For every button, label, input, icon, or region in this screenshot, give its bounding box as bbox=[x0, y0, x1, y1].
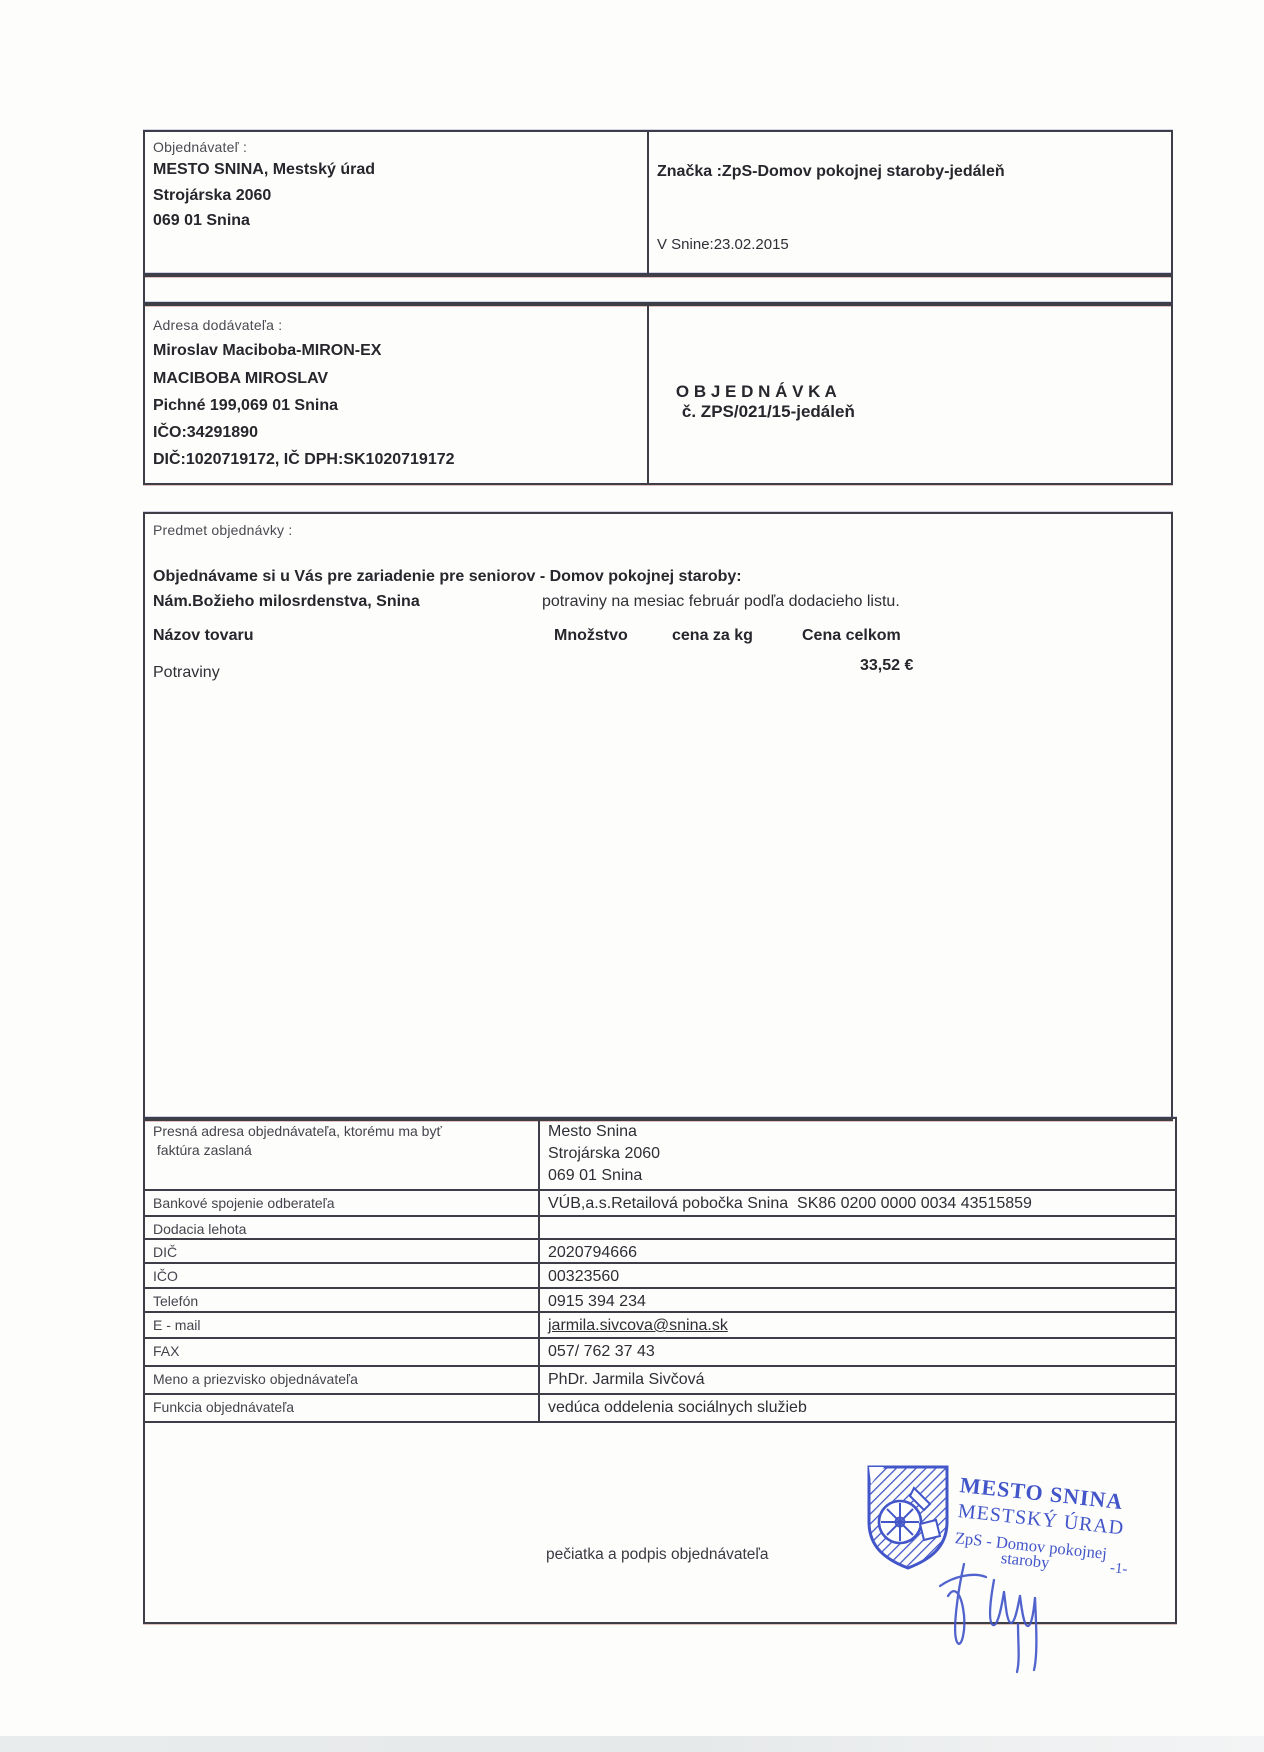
row-value: 0915 394 234 bbox=[540, 1289, 1175, 1311]
table-row-email: E - mail jarmila.sivcova@snina.sk bbox=[145, 1313, 1175, 1339]
subject-intro-line-1: Objednávame si u Vás pre zariadenie pre … bbox=[153, 568, 742, 586]
supplier-label: Adresa dodávateľa : bbox=[153, 317, 282, 333]
row-value: Mesto SninaStrojárska 2060069 01 Snina bbox=[540, 1119, 1175, 1189]
customer-street: Strojárska 2060 bbox=[153, 187, 271, 205]
row-value: 057/ 762 37 43 bbox=[540, 1339, 1175, 1365]
email-value: jarmila.sivcova@snina.sk bbox=[540, 1313, 1175, 1337]
table-row-bank: Bankové spojenie odberateľa VÚB,a.s.Reta… bbox=[145, 1191, 1175, 1217]
place-and-date: V Snine:23.02.2015 bbox=[657, 236, 789, 253]
column-header-unit-price: cena za kg bbox=[672, 627, 753, 645]
order-title: O B J E D N Á V K A bbox=[676, 382, 837, 401]
row-label: Meno a priezvisko objednávateľa bbox=[145, 1367, 540, 1393]
stamp-caption: pečiatka a podpis objednávateľa bbox=[546, 1546, 769, 1564]
stamp-page-marker: -1- bbox=[1109, 1560, 1128, 1579]
subject-intro-address: Nám.Božieho milosrdenstva, Snina bbox=[153, 593, 420, 611]
row-value: vedúca oddelenia sociálnych služieb bbox=[540, 1395, 1175, 1421]
column-header-total: Cena celkom bbox=[802, 627, 901, 645]
customer-name: MESTO SNINA, Mestský úrad bbox=[153, 161, 375, 179]
row-value: 2020794666 bbox=[540, 1240, 1175, 1262]
table-row-dic: DIČ 2020794666 bbox=[145, 1240, 1175, 1264]
column-header-quantity: Množstvo bbox=[554, 627, 628, 645]
row-label: IČO bbox=[145, 1264, 540, 1287]
supplier-box: Adresa dodávateľa : Miroslav Maciboba-MI… bbox=[143, 302, 1173, 485]
table-row-orderer-function: Funkcia objednávateľa vedúca oddelenia s… bbox=[145, 1395, 1175, 1423]
row-label: Dodacia lehota bbox=[145, 1217, 540, 1238]
table-row-orderer-name: Meno a priezvisko objednávateľa PhDr. Ja… bbox=[145, 1367, 1175, 1395]
customer-box-divider bbox=[647, 132, 649, 275]
row-value bbox=[540, 1217, 1175, 1238]
subject-intro-detail: potraviny na mesiac február podľa dodaci… bbox=[542, 593, 900, 611]
table-row-phone: Telefón 0915 394 234 bbox=[145, 1289, 1175, 1313]
supplier-dic: DIČ:1020719172, IČ DPH:SK1020719172 bbox=[153, 451, 455, 469]
row-label: Funkcia objednávateľa bbox=[145, 1395, 540, 1421]
row-value: 00323560 bbox=[540, 1264, 1175, 1287]
row-label: Telefón bbox=[145, 1289, 540, 1311]
supplier-line-2: MACIBOBA MIROSLAV bbox=[153, 370, 328, 388]
item-name: Potraviny bbox=[153, 664, 220, 682]
customer-city: 069 01 Snina bbox=[153, 212, 250, 230]
supplier-line-3: Pichné 199,069 01 Snina bbox=[153, 397, 338, 415]
supplier-ico: IČO:34291890 bbox=[153, 424, 258, 442]
customer-label: Objednávateľ : bbox=[153, 139, 247, 155]
row-value: PhDr. Jarmila Sivčová bbox=[540, 1367, 1175, 1393]
subject-box: Predmet objednávky : Objednávame si u Vá… bbox=[143, 512, 1173, 1121]
column-header-item: Názov tovaru bbox=[153, 627, 253, 645]
table-row-invoice-address: Presná adresa objednávateľa, ktorému ma … bbox=[145, 1119, 1175, 1191]
row-value: VÚB,a.s.Retailová pobočka Snina SK86 020… bbox=[540, 1191, 1175, 1215]
row-label: Presná adresa objednávateľa, ktorému ma … bbox=[145, 1119, 540, 1189]
order-heading: O B J E D N Á V K A č. ZPS/021/15-jedále… bbox=[657, 362, 855, 442]
customer-box: Objednávateľ : MESTO SNINA, Mestský úrad… bbox=[143, 130, 1173, 277]
handwritten-signature bbox=[930, 1546, 1090, 1676]
row-label: FAX bbox=[145, 1339, 540, 1365]
row-label: DIČ bbox=[145, 1240, 540, 1262]
table-row-delivery-term: Dodacia lehota bbox=[145, 1217, 1175, 1240]
municipal-stamp: MESTO SNINA MESTSKÝ ÚRAD ZpS - Domov pok… bbox=[858, 1448, 1198, 1663]
item-total-price: 33,52 € bbox=[860, 657, 913, 675]
order-number: č. ZPS/021/15-jedáleň bbox=[682, 402, 855, 421]
table-row-fax: FAX 057/ 762 37 43 bbox=[145, 1339, 1175, 1367]
row-label: Bankové spojenie odberateľa bbox=[145, 1191, 540, 1215]
supplier-line-1: Miroslav Maciboba-MIRON-EX bbox=[153, 342, 381, 360]
supplier-box-divider bbox=[647, 304, 649, 483]
reference-number: Značka :ZpS-Domov pokojnej staroby-jedál… bbox=[657, 163, 1005, 181]
subject-label: Predmet objednávky : bbox=[153, 522, 292, 538]
table-row-ico: IČO 00323560 bbox=[145, 1264, 1175, 1289]
row-label: E - mail bbox=[145, 1313, 540, 1337]
scanner-edge-shadow bbox=[0, 1736, 1264, 1752]
